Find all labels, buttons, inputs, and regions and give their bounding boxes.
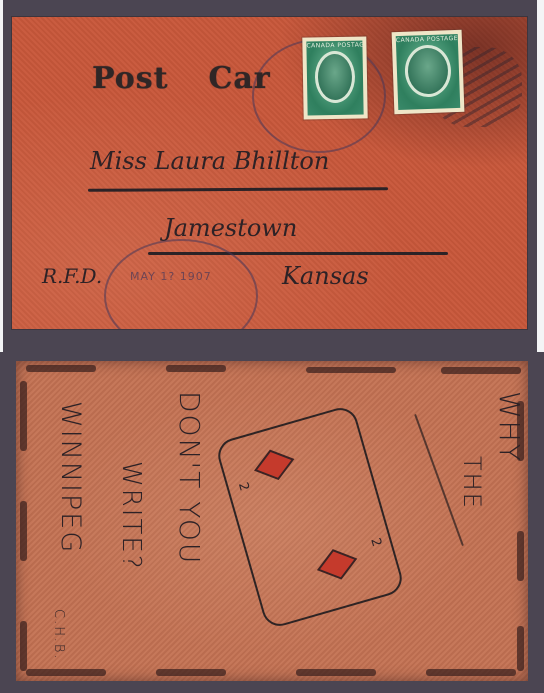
diamond-pip-icon — [254, 450, 294, 480]
stamp-portrait: CANADA POSTAGE — [306, 41, 363, 116]
card-rank-bottom: 2 — [367, 536, 384, 548]
stamp-oval-frame — [404, 44, 452, 98]
recipient-name: Miss Laura Bhillton — [90, 147, 329, 175]
burned-edge-mark — [426, 669, 516, 676]
text-write: WRITE? — [116, 461, 146, 571]
burned-edge-mark — [441, 367, 521, 374]
stamp-portrait: CANADA POSTAGE — [396, 34, 461, 110]
burned-edge-mark — [166, 365, 226, 372]
postage-stamp-1: CANADA POSTAGE — [302, 36, 367, 119]
card-rank-top: 2 — [235, 481, 252, 493]
name-underline — [88, 187, 388, 192]
text-why: WHY — [493, 391, 526, 463]
stamp-oval-frame — [315, 51, 356, 104]
postmark-date: MAY 1? 1907 — [130, 270, 212, 283]
recipient-city: Jamestown — [164, 214, 297, 242]
text-initials: C.H.B. — [51, 609, 66, 661]
burned-edge-mark — [156, 669, 226, 676]
stamp-label: CANADA POSTAGE — [396, 35, 458, 44]
burned-edge-mark — [296, 669, 376, 676]
burned-edge-mark — [20, 621, 27, 671]
postage-stamp-2: CANADA POSTAGE — [392, 30, 465, 114]
burned-edge-mark — [20, 501, 27, 561]
left-margin-strip — [0, 0, 3, 352]
diamond-pip-icon — [317, 549, 357, 579]
burned-edge-mark — [517, 626, 524, 671]
right-margin-strip — [537, 0, 544, 352]
post-card-heading: PostCar — [92, 61, 271, 96]
text-winnipeg: WINNIPEG — [55, 401, 86, 554]
burned-edge-mark — [20, 381, 27, 451]
burned-edge-mark — [517, 531, 524, 581]
text-the: THE — [458, 456, 486, 510]
burned-edge-mark — [26, 365, 96, 372]
burned-edge-mark — [26, 669, 106, 676]
recipient-state: Kansas — [282, 262, 369, 290]
rural-route: R.F.D. — [42, 264, 102, 288]
stamp-label: CANADA POSTAGE — [306, 42, 362, 50]
burned-edge-mark — [306, 367, 396, 373]
heading-word-card: Car — [209, 61, 271, 96]
heading-word-post: Post — [92, 61, 169, 96]
text-dont-you: DON'T YOU — [173, 391, 206, 565]
postcard-front: PostCar CANADA POSTAGE CANADA POSTAGE Mi… — [12, 17, 527, 329]
